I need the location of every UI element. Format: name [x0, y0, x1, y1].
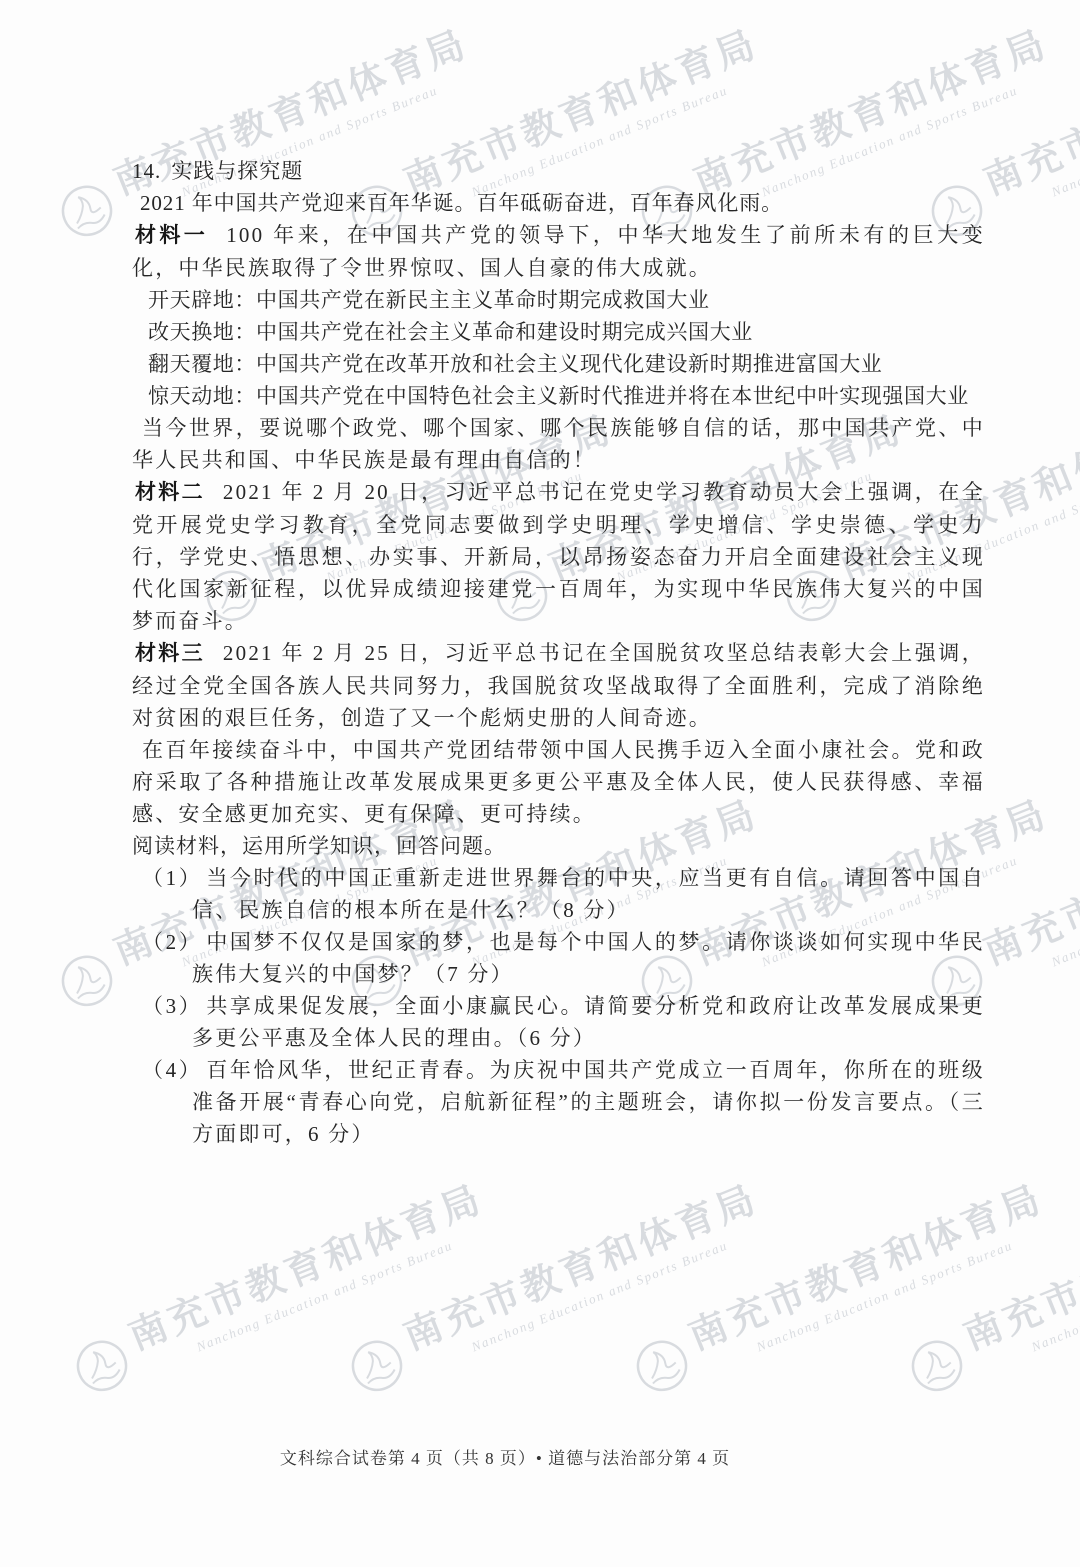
subquestion-3-text: 共享成果促发展，全面小康赢民心。请简要分析党和政府让改革发展成果更多更公平惠及全…: [192, 994, 985, 1050]
watermark-text-en: Nanchong Education and Sports Bureau: [1049, 65, 1080, 200]
subquestion-2-marker: （2）: [142, 930, 202, 954]
nanchong-bureau-logo-icon: [52, 176, 122, 246]
watermark-text-en: Nanchong Education and Sports Bureau: [469, 1220, 772, 1355]
watermark-text-cn: 南充市教育和体育局: [399, 1179, 765, 1359]
epoch-line-3: 翻天覆地：中国共产党在改革开放和社会主义现代化建设新时期推进富国大业: [132, 348, 985, 380]
subquestion-4-marker: （4）: [142, 1058, 202, 1082]
confidence-paragraph: 当今世界，要说哪个政党、哪个国家、哪个民族能够自信的话，那中国共产党、中华人民共…: [132, 412, 985, 476]
material-1-text: 100 年来，在中国共产党的领导下，中华大地发生了前所未有的巨大变化，中华民族取…: [132, 223, 985, 280]
subquestion-4-text: 百年恰风华，世纪正青春。为庆祝中国共产党成立一百周年，你所在的班级准备开展“青春…: [192, 1058, 985, 1146]
nanchong-bureau-logo-icon: [342, 1331, 412, 1401]
watermark-group: 南充市教育和体育局Nanchong Education and Sports B…: [624, 1179, 1057, 1401]
page-footer: 文科综合试卷第 4 页（共 8 页）• 道德与法治部分第 4 页: [0, 1444, 1045, 1469]
nanchong-bureau-logo-icon: [627, 1331, 697, 1401]
material-1-paragraph: 材料一100 年来，在中国共产党的领导下，中华大地发生了前所未有的巨大变化，中华…: [132, 219, 985, 284]
subquestion-1: （1）当今时代的中国正重新走进世界舞台的中央，应当更有自信。请回答中国自信、民族…: [132, 862, 985, 926]
watermark-group: 南充市教育和体育局Nanchong Education and Sports B…: [899, 1179, 1080, 1401]
material-2-paragraph: 材料二2021 年 2 月 20 日，习近平总书记在党史学习教育动员大会上强调，…: [132, 476, 985, 637]
epoch-line-1: 开天辟地：中国共产党在新民主主义革命时期完成救国大业: [132, 284, 985, 316]
watermark-text-en: Nanchong Education and Sports Bureau: [194, 1220, 497, 1355]
nanchong-bureau-logo-icon: [52, 946, 122, 1016]
question-title: 实践与探究题: [171, 159, 303, 183]
material-3-paragraph: 材料三2021 年 2 月 25 日，习近平总书记在全国脱贫攻坚总结表彰大会上强…: [132, 637, 985, 734]
material-2-label: 材料二: [135, 481, 205, 504]
watermark-text-en: Nanchong Education and Sports Bureau: [1029, 1220, 1080, 1355]
exam-paper-page: 南充市教育和体育局Nanchong Education and Sports B…: [0, 0, 1080, 1567]
question-number: 14.: [132, 159, 161, 183]
subquestion-2: （2）中国梦不仅仅是国家的梦，也是每个中国人的梦。请你谈谈如何实现中华民族伟大复…: [132, 926, 985, 990]
nanchong-bureau-logo-icon: [902, 1331, 972, 1401]
nanchong-bureau-logo-icon: [67, 1331, 137, 1401]
watermark-text-en: Nanchong Education and Sports Bureau: [1049, 835, 1080, 970]
material-3-label: 材料三: [135, 642, 205, 665]
subquestion-1-text: 当今时代的中国正重新走进世界舞台的中央，应当更有自信。请回答中国自信、民族自信的…: [192, 866, 985, 922]
watermark-text-cn: 南充市教育和体育局: [979, 794, 1080, 974]
subquestion-3-marker: （3）: [142, 994, 202, 1018]
subquestion-4: （4）百年恰风华，世纪正青春。为庆祝中国共产党成立一百周年，你所在的班级准备开展…: [132, 1054, 985, 1150]
subquestion-2-text: 中国梦不仅仅是国家的梦，也是每个中国人的梦。请你谈谈如何实现中华民族伟大复兴的中…: [192, 930, 985, 986]
subquestion-1-marker: （1）: [142, 866, 202, 890]
watermark-text-cn: 南充市教育和体育局: [979, 24, 1080, 204]
epoch-line-2: 改天换地：中国共产党在社会主义革命和建设时期完成兴国大业: [132, 316, 985, 348]
material-2-text: 2021 年 2 月 20 日，习近平总书记在党史学习教育动员大会上强调，在全党…: [132, 480, 985, 633]
watermark-text-en: Nanchong Education and Sports Bureau: [754, 1220, 1057, 1355]
question-number-title: 14.实践与探究题: [132, 155, 985, 187]
intro-paragraph: 2021 年中国共产党迎来百年华诞。百年砥砺奋进，百年春风化雨。: [132, 187, 985, 219]
material-3-continuation: 在百年接续奋斗中，中国共产党团结带领中国人民携手迈入全面小康社会。党和政府采取了…: [132, 734, 985, 830]
watermark-text-cn: 南充市教育和体育局: [959, 1179, 1080, 1359]
read-prompt: 阅读材料，运用所学知识，回答问题。: [132, 830, 985, 862]
watermark-group: 南充市教育和体育局Nanchong Education and Sports B…: [64, 1179, 497, 1401]
watermark-group: 南充市教育和体育局Nanchong Education and Sports B…: [339, 1179, 772, 1401]
material-1-label: 材料一: [135, 224, 208, 247]
exam-content: 14.实践与探究题 2021 年中国共产党迎来百年华诞。百年砥砺奋进，百年春风化…: [132, 155, 985, 1150]
watermark-text-cn: 南充市教育和体育局: [124, 1179, 490, 1359]
epoch-line-4: 惊天动地：中国共产党在中国特色社会主义新时代推进并将在本世纪中叶实现强国大业: [132, 380, 985, 412]
material-3-text: 2021 年 2 月 25 日，习近平总书记在全国脱贫攻坚总结表彰大会上强调，经…: [132, 641, 985, 730]
subquestion-3: （3）共享成果促发展，全面小康赢民心。请简要分析党和政府让改革发展成果更多更公平…: [132, 990, 985, 1054]
watermark-text-cn: 南充市教育和体育局: [684, 1179, 1050, 1359]
